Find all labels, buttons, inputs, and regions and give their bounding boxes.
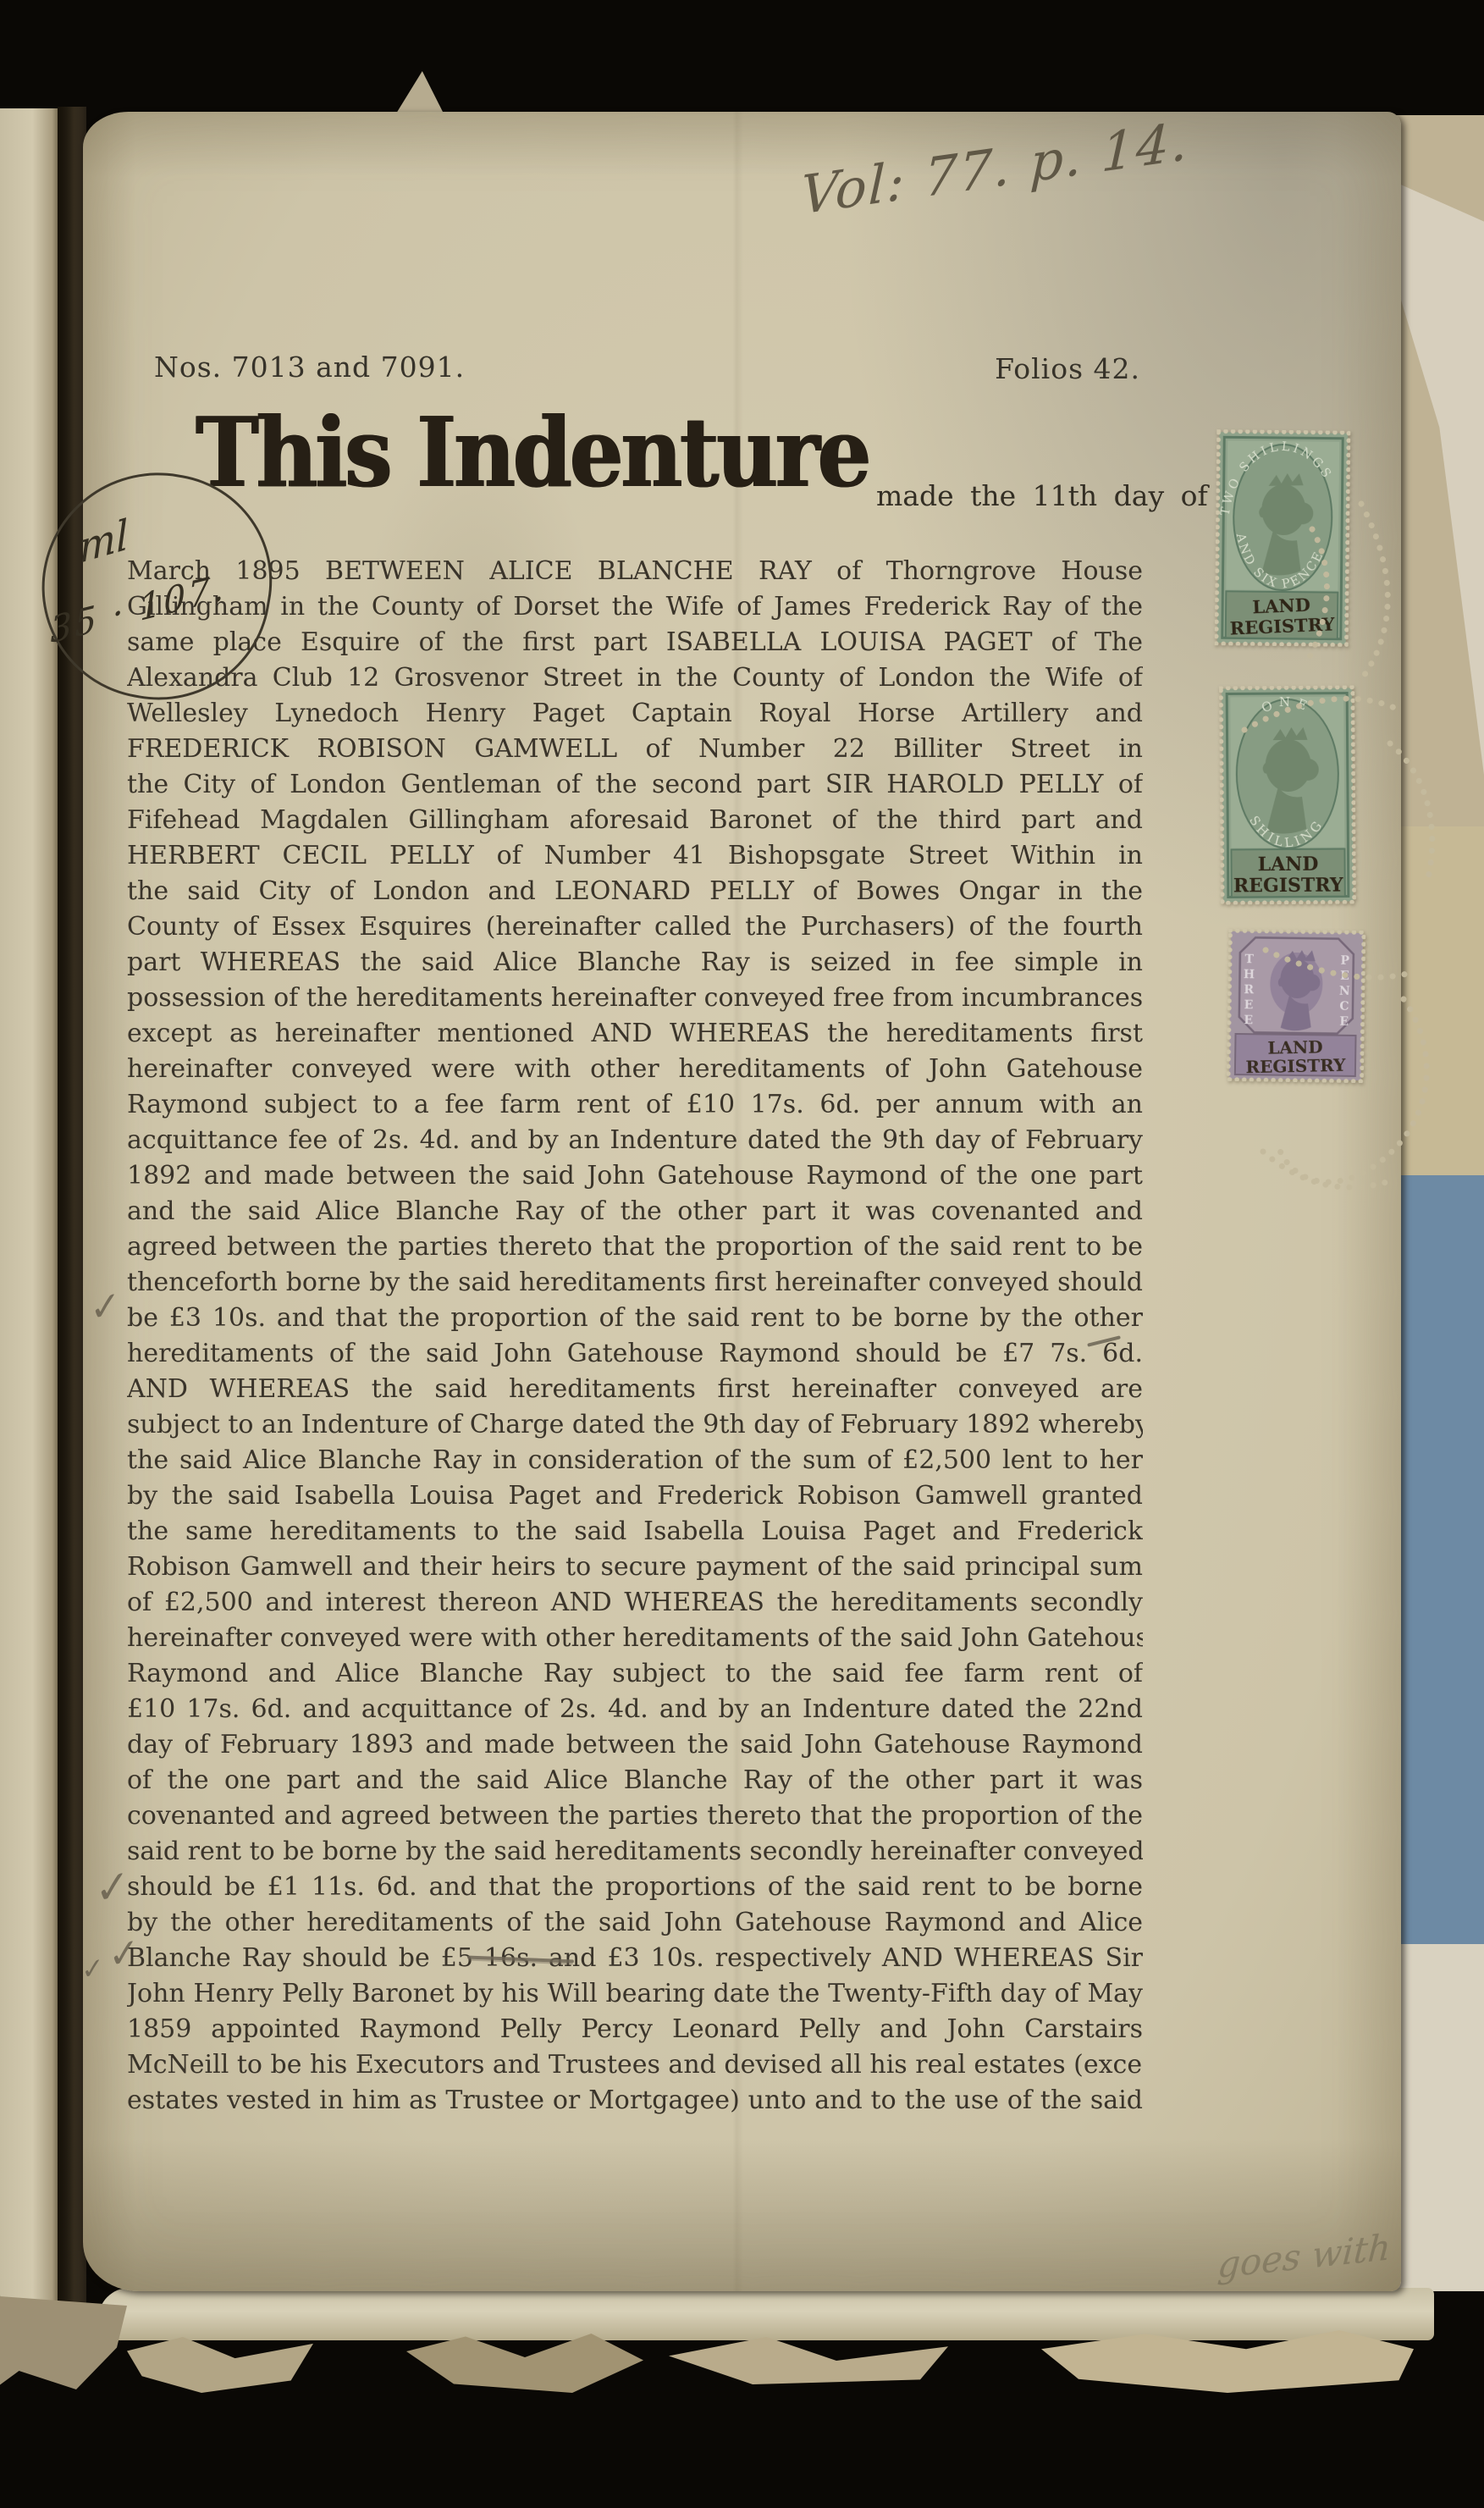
document-text-line: should be £1 11s. 6d. and that the propo… [127,1870,1143,1905]
torn-paper-fragment [0,2296,127,2389]
pencil-check-mark: ✓ [89,1283,121,1332]
document-text-line: March 1895 BETWEEN ALICE BLANCHE RAY of … [127,554,1143,589]
document-text-line: the City of London Gentleman of the seco… [127,767,1143,803]
scanned-deed-page: Vol: 77. p. 14. Nos. 7013 and 7091. Foli… [0,0,1484,2508]
document-text-line: Gillingham in the County of Dorset the W… [127,589,1143,625]
reference-numbers: Nos. 7013 and 7091. [154,351,465,384]
blue-cloth-page [1390,1175,1484,1944]
document-text-line: possession of the hereditaments hereinaf… [127,981,1143,1016]
document-text-line: FREDERICK ROBISON GAMWELL of Number 22 B… [127,732,1143,767]
pencil-check-mark: ✓ [81,1950,105,1986]
bottom-page-edge [98,2288,1434,2340]
document-text-line: covenanted and agreed between the partie… [127,1798,1143,1834]
document-text-line: HERBERT CECIL PELLY of Number 41 Bishops… [127,838,1143,874]
revenue-stamp-2s6d: TWO SHILLINGS AND SIX PENCE LAND REGISTR… [1215,429,1351,647]
document-text-line: £10 17s. 6d. and acquittance of 2s. 4d. … [127,1692,1143,1727]
document-text-line: AND WHEREAS the said hereditaments first… [127,1372,1143,1407]
document-text-line: 1892 and made between the said John Gate… [127,1158,1143,1194]
book-gutter [58,107,86,2327]
document-text-line: the same hereditaments to the said Isabe… [127,1514,1143,1550]
document-text-line: Blanche Ray should be £5 16s. and £3 10s… [127,1941,1143,1976]
document-text-line: the said City of London and LEONARD PELL… [127,874,1143,909]
svg-text:E: E [1244,1014,1253,1027]
svg-text:R: R [1244,983,1254,997]
svg-text:T: T [1244,953,1254,966]
revenue-stamp-3d: THREE PENCE LAND REGISTRY [1227,929,1365,1083]
svg-text:N: N [1339,985,1350,998]
document-text-line: estates vested in him as Trustee or Mort… [127,2083,1143,2119]
revenue-stamp-1s: ONE SHILLING LAND REGISTRY [1219,685,1356,904]
document-text-line: 1859 appointed Raymond Pelly Percy Leona… [127,2012,1143,2047]
document-text-line: day of February 1893 and made between th… [127,1727,1143,1763]
document-text-line: agreed between the parties thereto that … [127,1229,1143,1265]
svg-text:REGISTRY: REGISTRY [1233,875,1343,898]
document-text-line: by the said Isabella Louisa Paget and Fr… [127,1478,1143,1514]
svg-text:H: H [1244,968,1255,981]
pencil-check-mark: ✓ [94,1859,130,1915]
pencil-check-mark: ✓ [108,1930,140,1979]
heading-continuation: made the 11th day of [876,479,1208,512]
cream-cloth-page [1390,1944,1484,2291]
document-text-line: except as hereinafter mentioned AND WHER… [127,1016,1143,1052]
svg-text:REGISTRY: REGISTRY [1245,1055,1346,1077]
svg-text:REGISTRY: REGISTRY [1229,613,1336,638]
left-page-edge [0,108,59,2317]
document-text-line: of £2,500 and interest thereon AND WHERE… [127,1585,1143,1621]
document-text-line: hereinafter conveyed were with other her… [127,1621,1143,1656]
document-text-line: hereinafter conveyed were with other her… [127,1052,1143,1087]
document-body: March 1895 BETWEEN ALICE BLANCHE RAY of … [127,554,1143,2119]
document-text-line: Raymond and Alice Blanche Ray subject to… [127,1656,1143,1692]
svg-text:E: E [1340,970,1349,983]
folios-label: Folios 42. [995,352,1140,385]
document-text-line: by the other hereditaments of the said J… [127,1905,1143,1941]
torn-paper-fragment [127,2337,313,2393]
document-text-line: hereditaments of the said John Gatehouse… [127,1336,1143,1372]
svg-text:LAND: LAND [1258,853,1319,876]
document-text-line: the said Alice Blanche Ray in considerat… [127,1443,1143,1478]
page-corner-wedge [396,71,444,113]
document-text-line: John Henry Pelly Baronet by his Will bea… [127,1976,1143,2012]
document-text-line: said rent to be borne by the said heredi… [127,1834,1143,1870]
torn-paper-fragment [669,2337,948,2384]
document-page: Vol: 77. p. 14. Nos. 7013 and 7091. Foli… [83,112,1401,2291]
svg-text:E: E [1244,998,1254,1012]
document-text-line: of the one part and the said Alice Blanc… [127,1763,1143,1798]
document-text-line: Raymond subject to a fee farm rent of £1… [127,1087,1143,1123]
document-text-line: Robison Gamwell and their heirs to secur… [127,1550,1143,1585]
document-heading: This Indenture [196,396,869,509]
svg-text:E: E [1339,1015,1349,1029]
document-text-line: and the said Alice Blanche Ray of the ot… [127,1194,1143,1229]
document-text-line: subject to an Indenture of Charge dated … [127,1407,1143,1443]
handwritten-volume-note: Vol: 77. p. 14. [800,109,1190,226]
document-text-line: Wellesley Lynedoch Henry Paget Captain R… [127,696,1143,732]
svg-text:P: P [1340,954,1349,968]
document-text-line: Alexandra Club 12 Grosvenor Street in th… [127,660,1143,696]
document-text-line: County of Essex Esquires (hereinafter ca… [127,909,1143,945]
document-text-line: thenceforth borne by the said hereditame… [127,1265,1143,1301]
torn-paper-fragment [406,2334,643,2393]
document-text-line: McNeill to be his Executors and Trustees… [127,2047,1143,2083]
document-text-line: same place Esquire of the first part ISA… [127,625,1143,660]
document-text-line: be £3 10s. and that the proportion of th… [127,1301,1143,1336]
svg-text:C: C [1339,1000,1349,1014]
document-text-line: Fifehead Magdalen Gillingham aforesaid B… [127,803,1143,838]
document-text-line: part WHEREAS the said Alice Blanche Ray … [127,945,1143,981]
document-text-line: acquittance fee of 2s. 4d. and by an Ind… [127,1123,1143,1158]
